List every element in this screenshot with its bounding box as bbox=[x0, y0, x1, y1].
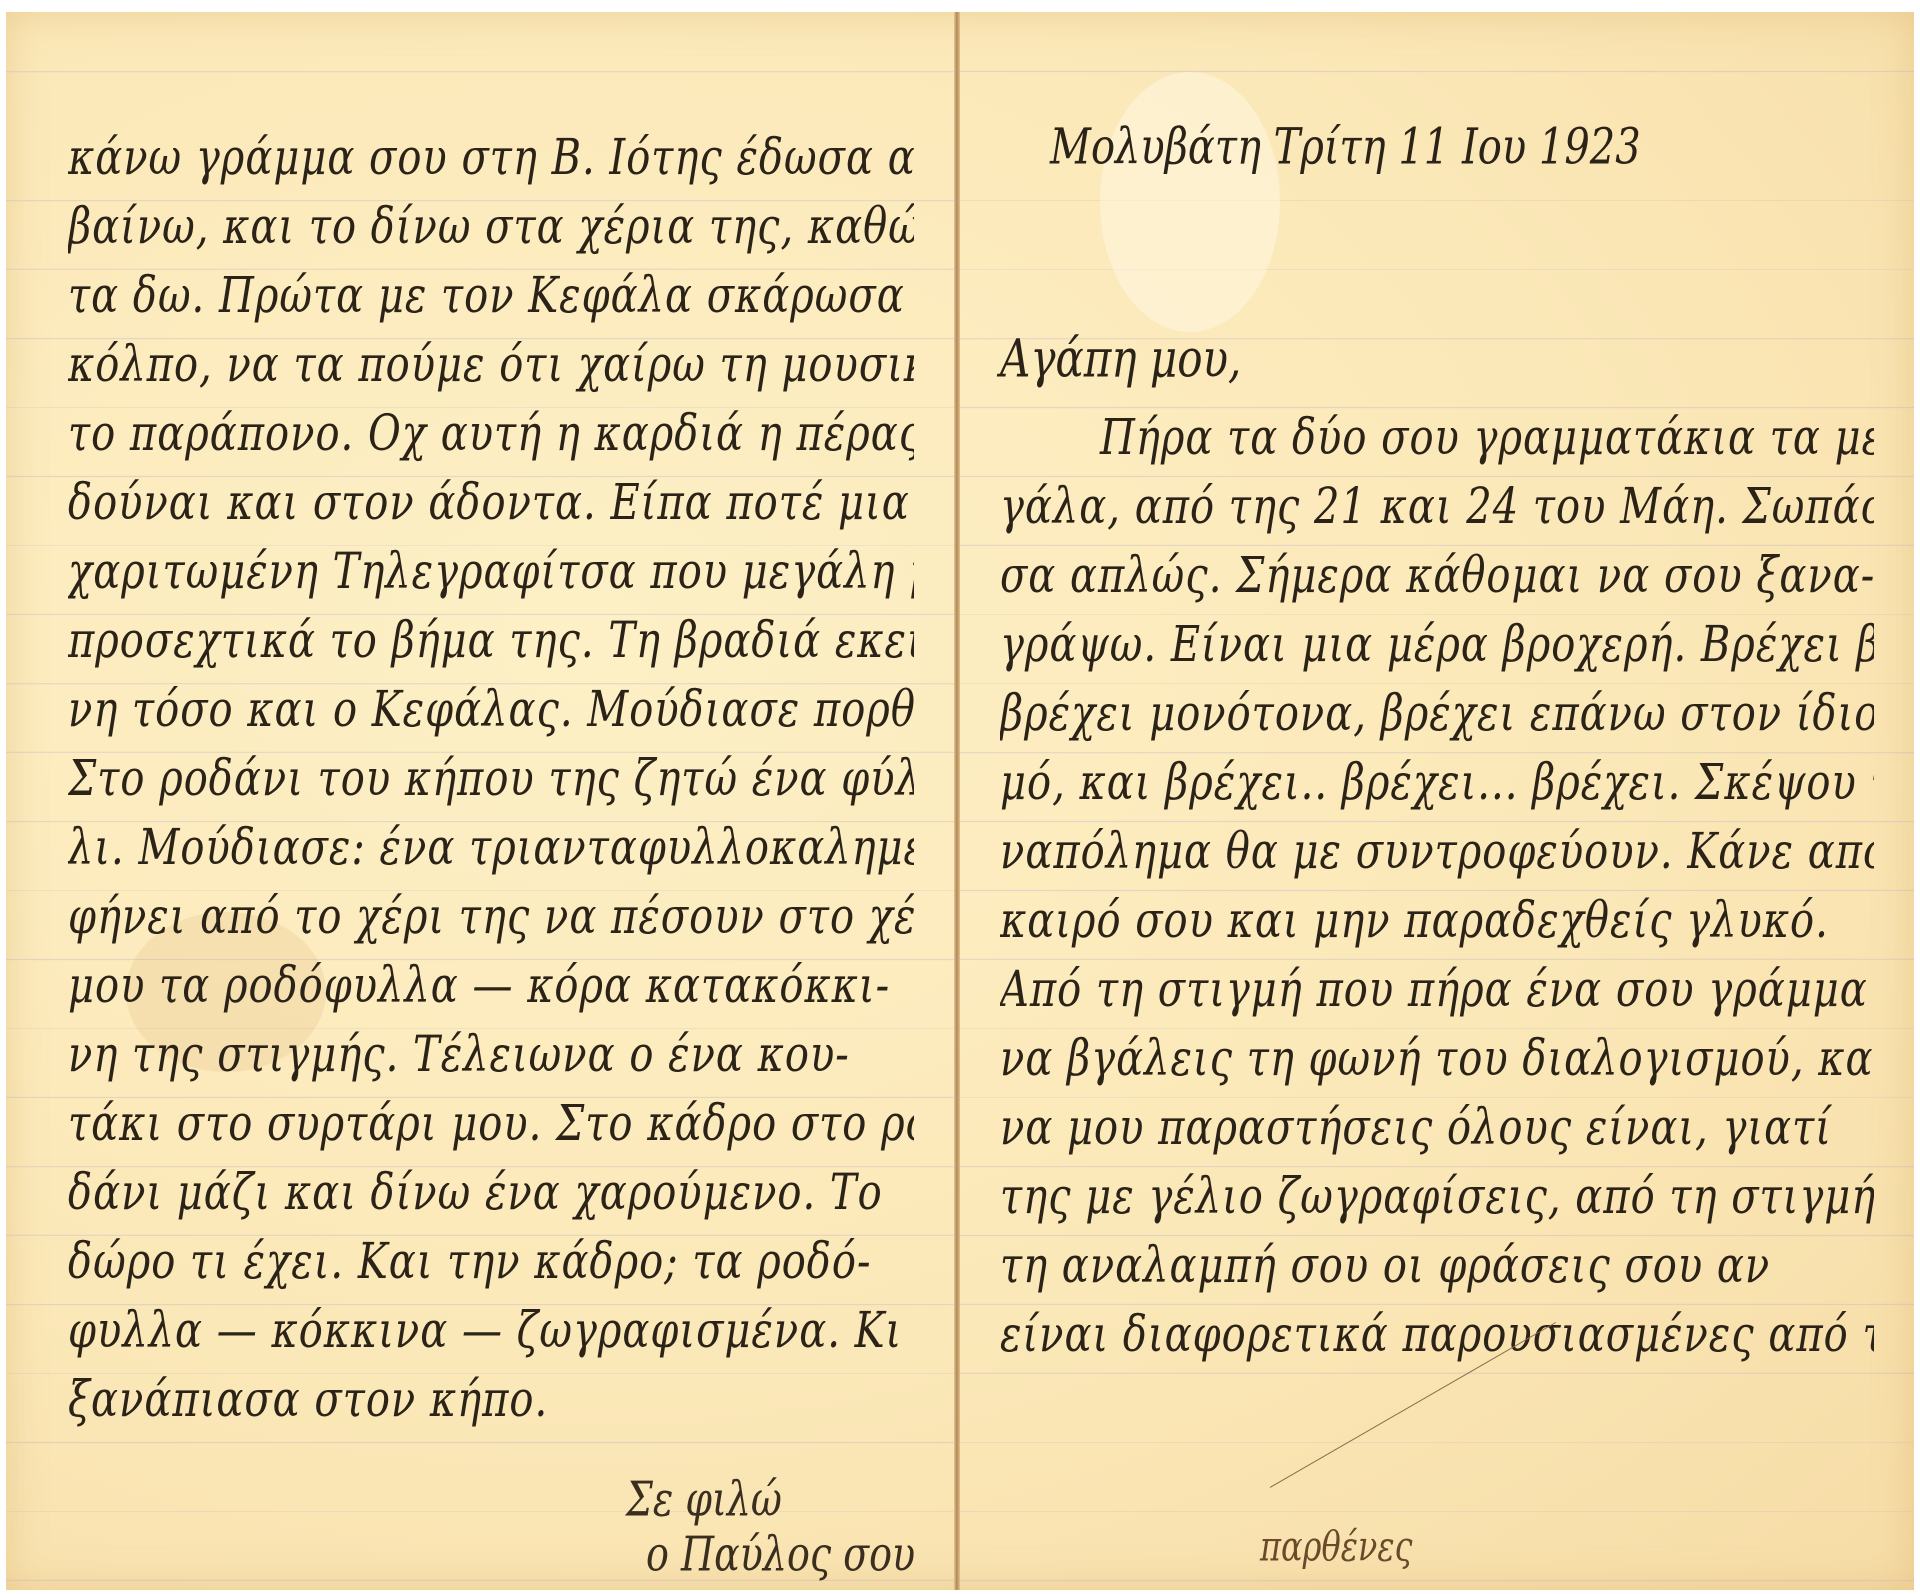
right-page: Μολυβάτη Τρίτη 11 Ιου 1923 Αγάπη μου, Πή… bbox=[960, 12, 1914, 1590]
left-page-text: κάνω γράμμα σου στη Β. Ιότης έδωσα αν- β… bbox=[68, 124, 914, 1435]
text-line: είναι διαφορετικά παρουσιασμένες από τη bbox=[1000, 1292, 1874, 1378]
paper-wear bbox=[1100, 72, 1280, 332]
letter-signoff: Σε φιλώ bbox=[626, 1472, 782, 1527]
text-line: ξανάπιασα στον κήπο. bbox=[68, 1357, 914, 1443]
left-page: κάνω γράμμα σου στη Β. Ιότης έδωσα αν- β… bbox=[6, 12, 954, 1590]
right-page-text: Πήρα τα δύο σου γραμματάκια τα με- γάλα,… bbox=[1000, 404, 1874, 1370]
letter-sheet: κάνω γράμμα σου στη Β. Ιότης έδωσα αν- β… bbox=[6, 12, 1914, 1590]
annotation-word: παρθένες bbox=[1260, 1521, 1412, 1570]
letter-salutation: Αγάπη μου, bbox=[1000, 328, 1241, 389]
letter-dateline: Μολυβάτη Τρίτη 11 Ιου 1923 bbox=[1050, 118, 1641, 176]
letter-signature: ο Παύλος σου bbox=[646, 1527, 915, 1582]
